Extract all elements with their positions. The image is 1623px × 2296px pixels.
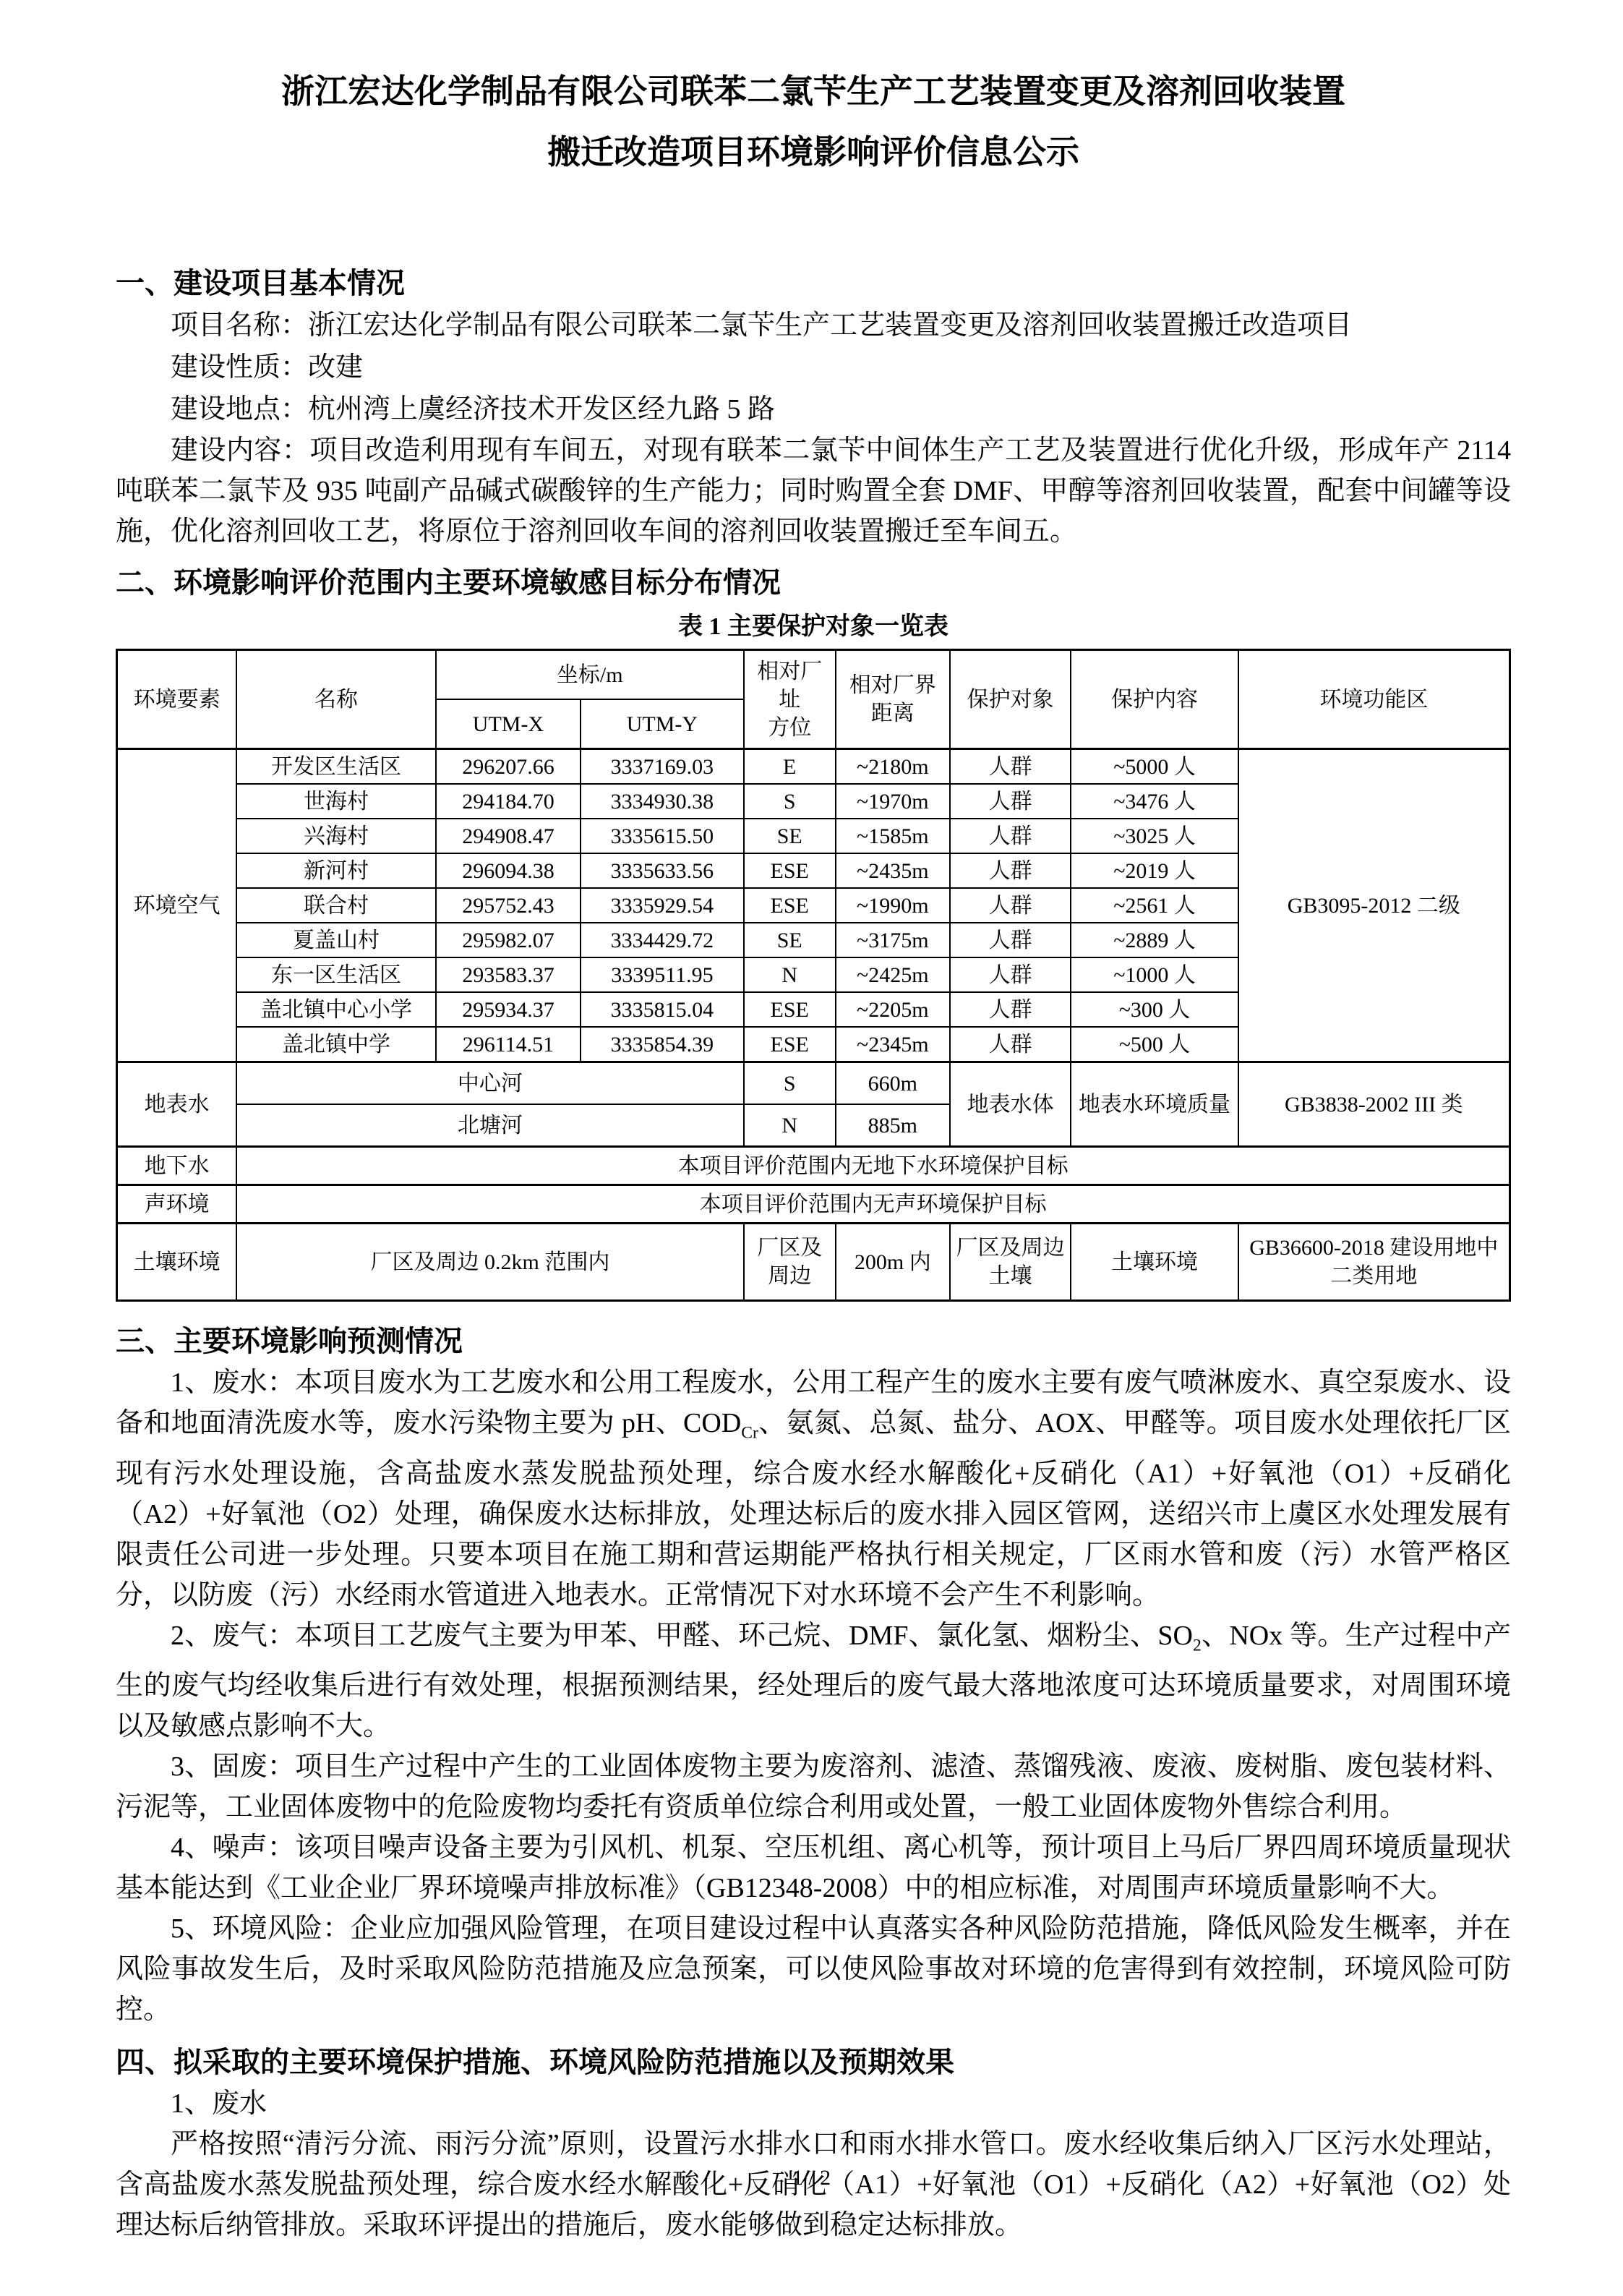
cell-direction: ESE <box>744 992 836 1027</box>
cell-name: 中心河 <box>236 1062 743 1105</box>
cell-distance: ~2435m <box>836 853 950 888</box>
col-utm-y: UTM-Y <box>581 699 743 749</box>
cell-utm-x: 294184.70 <box>436 784 581 819</box>
document-title: 浙江宏达化学制品有限公司联苯二氯苄生产工艺装置变更及溶剂回收装置 搬迁改造项目环… <box>116 61 1511 183</box>
col-protection-content: 保护内容 <box>1071 650 1238 749</box>
cell-direction: ESE <box>744 853 836 888</box>
field-construction-nature: 建设性质：改建 <box>116 346 1511 388</box>
cell-object: 人群 <box>950 888 1071 923</box>
cell-direction: ESE <box>744 888 836 923</box>
paragraph-waste-gas-prediction: 2、废气：本项目工艺废气主要为甲苯、甲醛、环己烷、DMF、氯化氢、烟粉尘、SO2… <box>116 1616 1511 1747</box>
cell-content: ~3476 人 <box>1071 784 1238 819</box>
document-page: 浙江宏达化学制品有限公司联苯二氯苄生产工艺装置变更及溶剂回收装置 搬迁改造项目环… <box>0 0 1623 2296</box>
paragraph-construction-content: 建设内容：项目改造利用现有车间五，对现有联苯二氯苄中间体生产工艺及装置进行优化升… <box>116 430 1511 552</box>
protection-targets-table: 环境要素 名称 坐标/m 相对厂址 方位 相对厂界 距离 保护对象 保护内容 环… <box>116 649 1511 1302</box>
cell-element-surface-water: 地表水 <box>117 1062 237 1147</box>
cell-element-noise-env: 声环境 <box>117 1185 237 1224</box>
document-content: 浙江宏达化学制品有限公司联苯二氯苄生产工艺装置变更及溶剂回收装置 搬迁改造项目环… <box>0 0 1623 2245</box>
paragraph-solid-waste-prediction: 3、固废：项目生产过程中产生的工业固体废物主要为废溶剂、滤渣、蒸馏残液、废液、废… <box>116 1746 1511 1827</box>
cell-note-noise-env: 本项目评价范围内无声环境保护目标 <box>236 1185 1509 1224</box>
cell-name: 兴海村 <box>236 819 436 853</box>
cell-name: 东一区生活区 <box>236 957 436 992</box>
cell-distance: ~2205m <box>836 992 950 1027</box>
cell-zone-surface-water: GB3838-2002 III 类 <box>1238 1062 1510 1147</box>
col-name: 名称 <box>236 650 436 749</box>
cell-utm-y: 3335854.39 <box>581 1027 743 1062</box>
table-caption: 表 1 主要保护对象一览表 <box>116 608 1511 646</box>
cell-utm-x: 294908.47 <box>436 819 581 853</box>
col-environment-element: 环境要素 <box>117 650 237 749</box>
cell-name: 北塘河 <box>236 1104 743 1147</box>
col-direction: 相对厂址 方位 <box>744 650 836 749</box>
col-environment-zone: 环境功能区 <box>1238 650 1510 749</box>
cell-distance-soil: 200m 内 <box>836 1224 950 1301</box>
cell-utm-x: 295752.43 <box>436 888 581 923</box>
cell-object: 人群 <box>950 819 1071 853</box>
cell-utm-y: 3337169.03 <box>581 749 743 785</box>
cell-content: ~3025 人 <box>1071 819 1238 853</box>
paragraph-noise-prediction: 4、噪声：该项目噪声设备主要为引风机、机泵、空压机组、离心机等，预计项目上马后厂… <box>116 1827 1511 1908</box>
cell-direction: N <box>744 957 836 992</box>
cell-content: ~2889 人 <box>1071 923 1238 957</box>
cell-element-soil: 土壤环境 <box>117 1224 237 1301</box>
table-row-noise-env: 声环境 本项目评价范围内无声环境保护目标 <box>117 1185 1510 1224</box>
cell-object: 人群 <box>950 957 1071 992</box>
table-header-row-1: 环境要素 名称 坐标/m 相对厂址 方位 相对厂界 距离 保护对象 保护内容 环… <box>117 650 1510 700</box>
cell-object-soil: 厂区及周边土壤 <box>950 1224 1071 1301</box>
cell-object: 人群 <box>950 749 1071 785</box>
page-number: 1 / 2 <box>0 2166 1623 2190</box>
cell-direction: S <box>744 1062 836 1105</box>
col-protection-object: 保护对象 <box>950 650 1071 749</box>
cell-utm-x: 295982.07 <box>436 923 581 957</box>
cell-object: 人群 <box>950 853 1071 888</box>
document-title-line1: 浙江宏达化学制品有限公司联苯二氯苄生产工艺装置变更及溶剂回收装置 <box>116 61 1511 122</box>
cell-distance: ~1970m <box>836 784 950 819</box>
cell-zone-air: GB3095-2012 二级 <box>1238 749 1510 1062</box>
table-row-air-0: 环境空气 开发区生活区 296207.66 3337169.03 E ~2180… <box>117 749 1510 785</box>
cell-distance: ~2180m <box>836 749 950 785</box>
cell-content-surface-water: 地表水环境质量 <box>1071 1062 1238 1147</box>
table-row-surface-water-0: 地表水 中心河 S 660m 地表水体 地表水环境质量 GB3838-2002 … <box>117 1062 1510 1105</box>
cell-object: 人群 <box>950 784 1071 819</box>
cell-object-surface-water: 地表水体 <box>950 1062 1071 1147</box>
cell-name: 盖北镇中心小学 <box>236 992 436 1027</box>
cell-distance: ~1585m <box>836 819 950 853</box>
cell-name: 联合村 <box>236 888 436 923</box>
cell-utm-x: 296094.38 <box>436 853 581 888</box>
section-4-heading: 四、拟采取的主要环境保护措施、环境风险防范措施以及预期效果 <box>116 2041 1511 2083</box>
cell-content-soil: 土壤环境 <box>1071 1224 1238 1301</box>
cell-distance: ~3175m <box>836 923 950 957</box>
cell-name: 世海村 <box>236 784 436 819</box>
cell-object: 人群 <box>950 1027 1071 1062</box>
cell-name: 开发区生活区 <box>236 749 436 785</box>
cell-direction-soil: 厂区及周边 <box>744 1224 836 1301</box>
cell-utm-x: 295934.37 <box>436 992 581 1027</box>
cell-direction: SE <box>744 923 836 957</box>
cell-element-air: 环境空气 <box>117 749 237 1062</box>
paragraph-environmental-risk-prediction: 5、环境风险：企业应加强风险管理，在项目建设过程中认真落实各种风险防范措施，降低… <box>116 1908 1511 2030</box>
cell-content: ~2019 人 <box>1071 853 1238 888</box>
cell-zone-soil: GB36600-2018 建设用地中二类用地 <box>1238 1224 1510 1301</box>
cell-distance: 660m <box>836 1062 950 1105</box>
cell-utm-y: 3335929.54 <box>581 888 743 923</box>
cell-name-soil: 厂区及周边 0.2km 范围内 <box>236 1224 743 1301</box>
paragraph-wastewater-prediction: 1、废水：本项目废水为工艺废水和公用工程废水，公用工程产生的废水主要有废气喷淋废… <box>116 1362 1511 1616</box>
cell-utm-x: 296114.51 <box>436 1027 581 1062</box>
so2-subscript: 2 <box>1193 1636 1202 1655</box>
cell-name: 夏盖山村 <box>236 923 436 957</box>
col-distance: 相对厂界 距离 <box>836 650 950 749</box>
cell-utm-y: 3335815.04 <box>581 992 743 1027</box>
paragraph-waste-gas-text-a: 2、废气：本项目工艺废气主要为甲苯、甲醛、环己烷、DMF、氯化氢、烟粉尘、SO <box>171 1621 1193 1651</box>
cell-utm-y: 3334930.38 <box>581 784 743 819</box>
cell-utm-y: 3339511.95 <box>581 957 743 992</box>
cell-name: 新河村 <box>236 853 436 888</box>
cell-content: ~2561 人 <box>1071 888 1238 923</box>
subheading-wastewater-measure: 1、废水 <box>116 2083 1511 2124</box>
cell-direction: S <box>744 784 836 819</box>
cell-name: 盖北镇中学 <box>236 1027 436 1062</box>
cell-content: ~300 人 <box>1071 992 1238 1027</box>
field-project-name: 项目名称：浙江宏达化学制品有限公司联苯二氯苄生产工艺装置变更及溶剂回收装置搬迁改… <box>116 304 1511 346</box>
cell-direction: E <box>744 749 836 785</box>
cell-content: ~500 人 <box>1071 1027 1238 1062</box>
cell-utm-x: 296207.66 <box>436 749 581 785</box>
cell-utm-y: 3335615.50 <box>581 819 743 853</box>
cell-direction: ESE <box>744 1027 836 1062</box>
cell-distance: 885m <box>836 1104 950 1147</box>
section-2-heading: 二、环境影响评价范围内主要环境敏感目标分布情况 <box>116 562 1511 604</box>
cell-utm-y: 3334429.72 <box>581 923 743 957</box>
cell-direction: SE <box>744 819 836 853</box>
cell-direction: N <box>744 1104 836 1147</box>
cell-utm-x: 293583.37 <box>436 957 581 992</box>
col-coordinates: 坐标/m <box>436 650 744 700</box>
section-1-heading: 一、建设项目基本情况 <box>116 263 1511 304</box>
table-row-groundwater: 地下水 本项目评价范围内无地下水环境保护目标 <box>117 1147 1510 1185</box>
cell-utm-y: 3335633.56 <box>581 853 743 888</box>
field-construction-site: 建设地点：杭州湾上虞经济技术开发区经九路 5 路 <box>116 388 1511 430</box>
cell-distance: ~2345m <box>836 1027 950 1062</box>
cell-object: 人群 <box>950 992 1071 1027</box>
cod-cr-subscript: Cr <box>741 1424 758 1443</box>
cell-note-groundwater: 本项目评价范围内无地下水环境保护目标 <box>236 1147 1509 1185</box>
cell-element-groundwater: 地下水 <box>117 1147 237 1185</box>
table-row-soil: 土壤环境 厂区及周边 0.2km 范围内 厂区及周边 200m 内 厂区及周边土… <box>117 1224 1510 1301</box>
document-title-line2: 搬迁改造项目环境影响评价信息公示 <box>116 122 1511 183</box>
cell-distance: ~1990m <box>836 888 950 923</box>
cell-content: ~1000 人 <box>1071 957 1238 992</box>
col-utm-x: UTM-X <box>436 699 581 749</box>
section-3-heading: 三、主要环境影响预测情况 <box>116 1320 1511 1362</box>
cell-object: 人群 <box>950 923 1071 957</box>
cell-distance: ~2425m <box>836 957 950 992</box>
cell-content: ~5000 人 <box>1071 749 1238 785</box>
